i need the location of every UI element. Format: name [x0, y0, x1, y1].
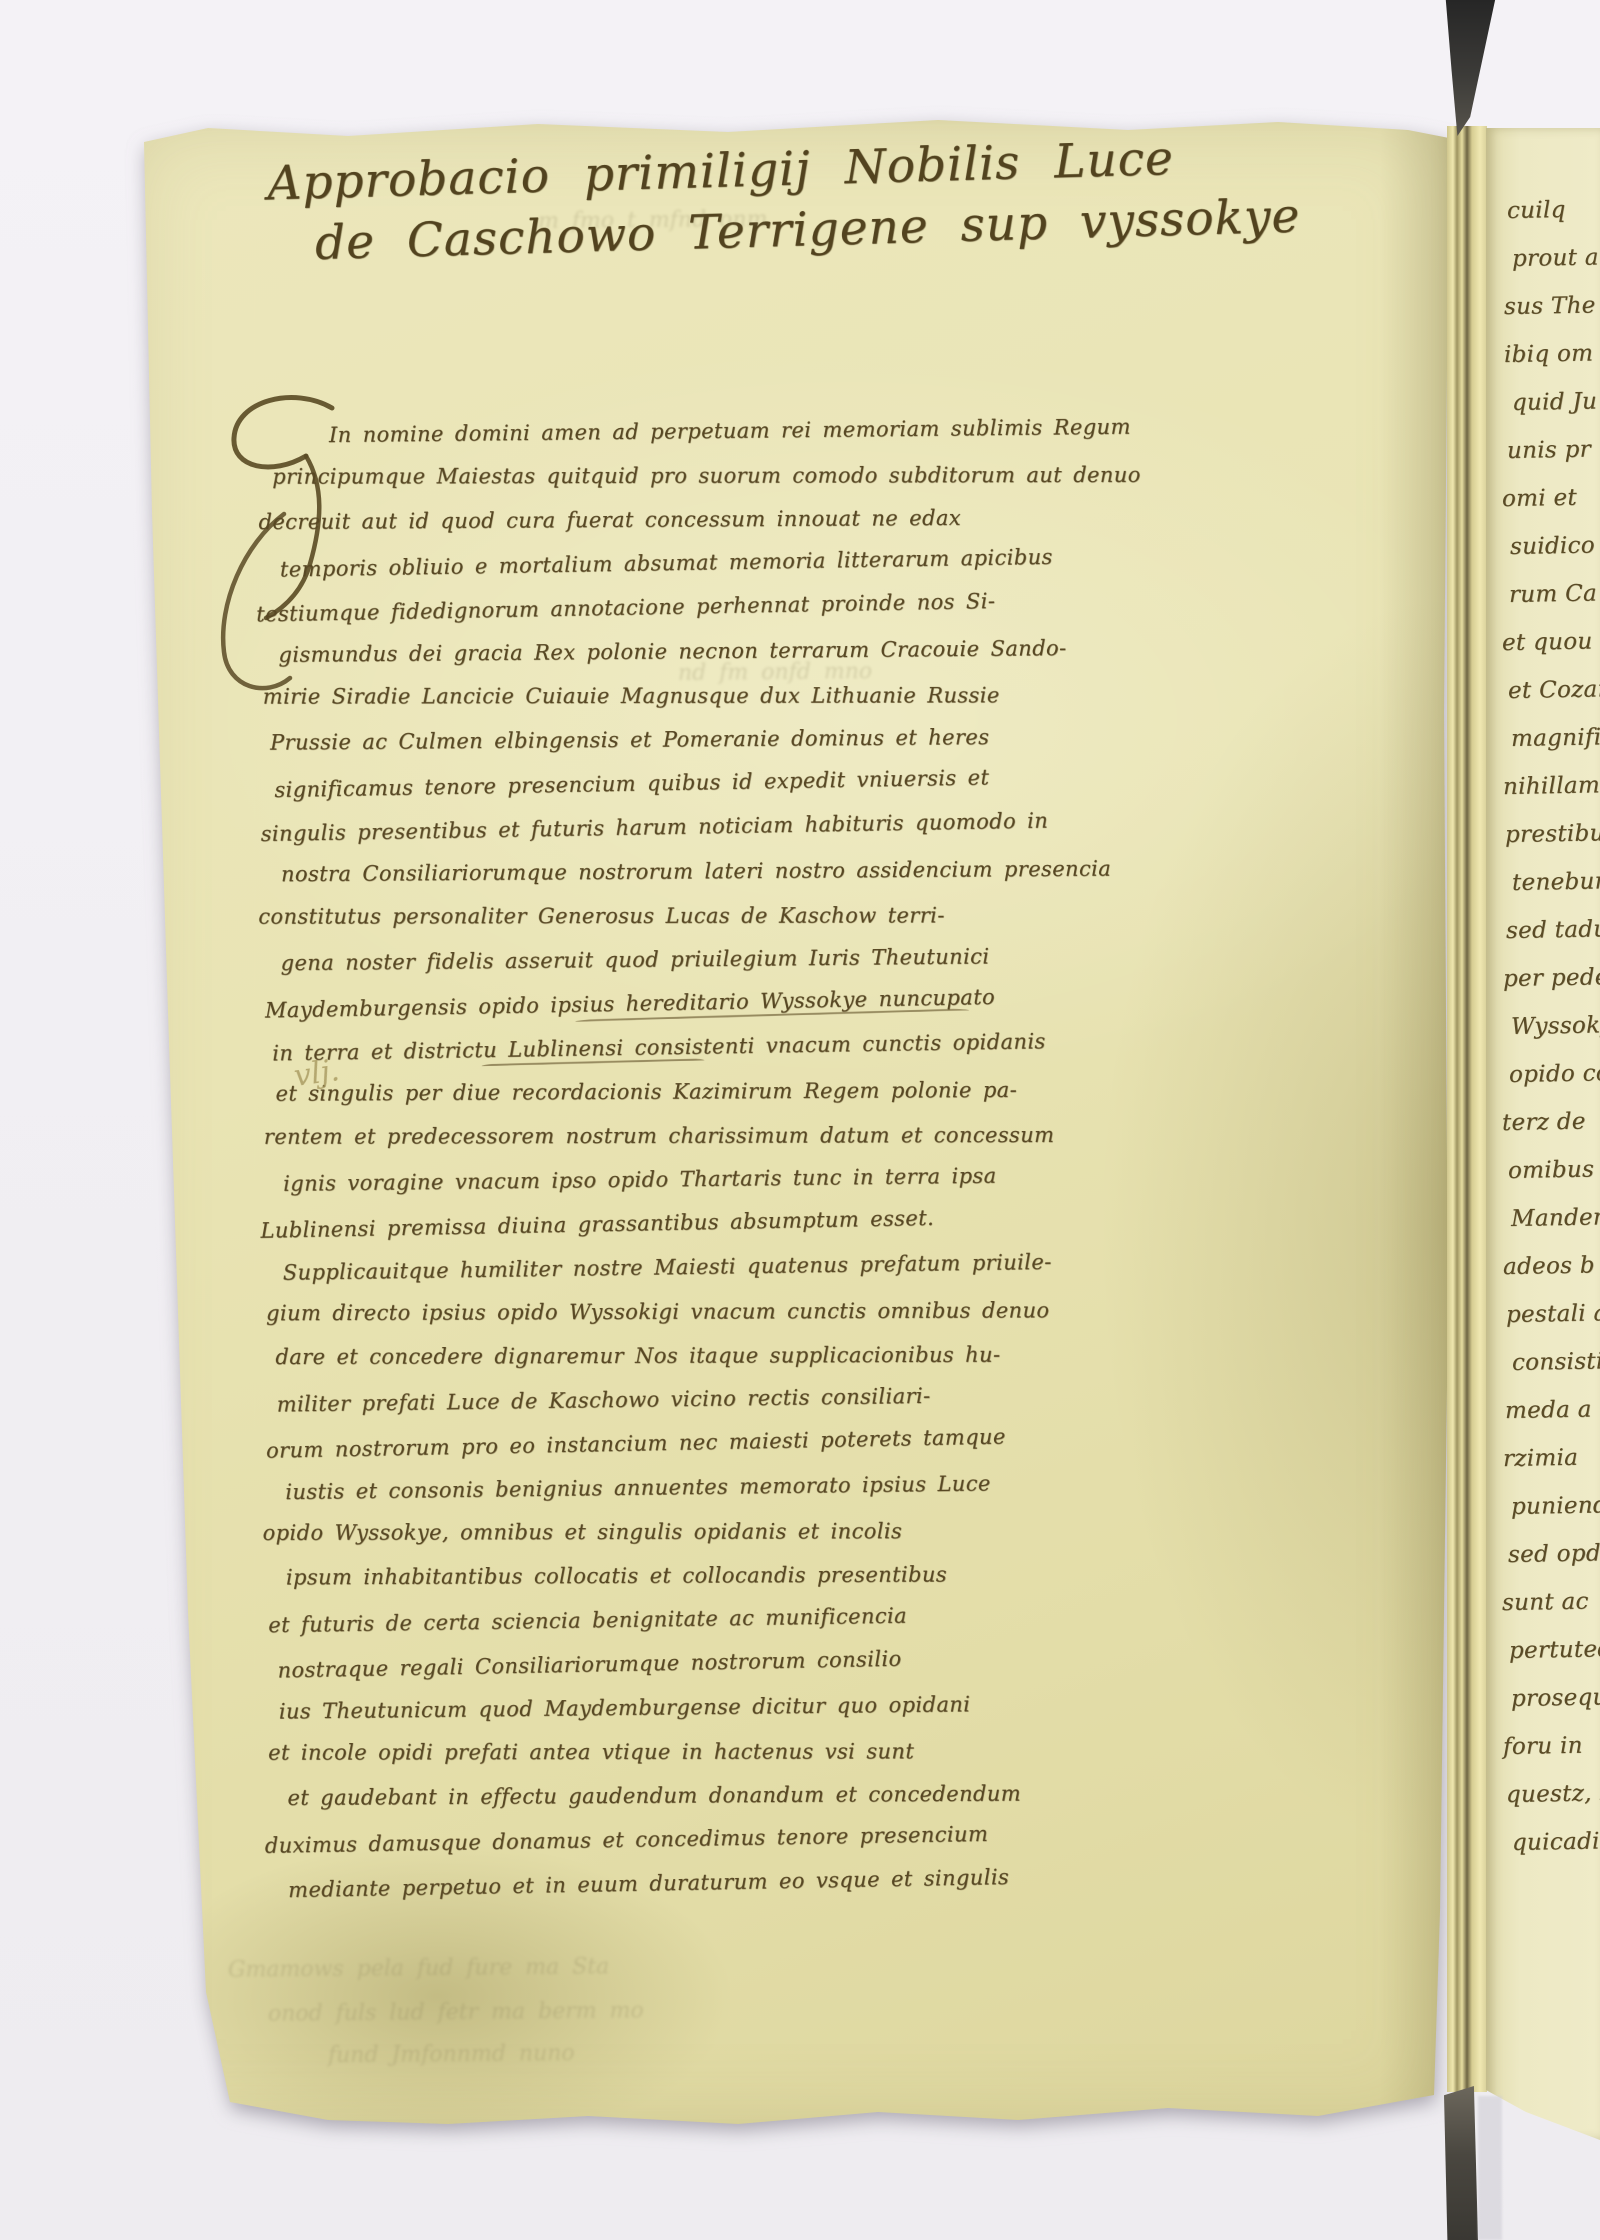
- photographed-manuscript-scene: Approbacio primiligij Nobilis Luce de Ca…: [0, 0, 1600, 2240]
- facing-text-fragment: opido co: [1509, 1049, 1600, 1099]
- facing-text-fragment: consistit: [1512, 1337, 1600, 1387]
- text-line: ipsum inhabitantibus collocatis et collo…: [286, 1552, 973, 1599]
- facing-text-fragment: pertuted: [1509, 1625, 1600, 1675]
- facing-text-fragment: quid Ju: [1512, 377, 1600, 427]
- facing-text-fragment: prestibus: [1505, 809, 1600, 859]
- underline-stroke: [481, 1055, 704, 1066]
- manuscript-page: Approbacio primiligij Nobilis Luce de Ca…: [118, 112, 1450, 2138]
- facing-text-fragment: pestali a: [1506, 1289, 1600, 1339]
- facing-text-fragment: omi et: [1502, 473, 1600, 523]
- facing-text-fragment: prosequn: [1511, 1673, 1600, 1723]
- facing-text-fragment: Manden: [1511, 1193, 1600, 1243]
- facing-text-fragment: Wyssoky: [1511, 1001, 1600, 1051]
- body-text-block: In nomine domini amen ad perpetuam rei m…: [245, 408, 975, 1909]
- showthrough-fragment: fund Jmfonnmd nuno: [328, 2041, 575, 2068]
- text-line: decreuit aut id quod cura fuerat concess…: [258, 496, 965, 544]
- facing-text-fragment: prout a: [1512, 233, 1600, 283]
- text-line: ius Theutunicum quod Maydemburgense dici…: [279, 1682, 974, 1733]
- binding-clasp-highlight: [1478, 2096, 1502, 2240]
- facing-text-fragment: sed tadus: [1506, 905, 1600, 955]
- facing-text-fragment: omibus: [1508, 1145, 1600, 1195]
- facing-text-fragment: questz, se: [1506, 1769, 1600, 1819]
- facing-text-fragment: adeos b: [1503, 1241, 1600, 1291]
- stacked-page-edges: [1447, 126, 1487, 2092]
- text-line: constitutus personaliter Generosus Lucas…: [258, 893, 968, 938]
- text-line: principumque Maiestas quitquid pro suoru…: [272, 453, 965, 498]
- facing-page-sliver: cuilqprout asus Theibiq omquid Juunis pr…: [1486, 128, 1600, 2140]
- showthrough-fragment: nd fm onfd mno: [678, 659, 872, 686]
- text-line: et singulis per diue recordacionis Kazim…: [275, 1068, 969, 1116]
- showthrough-fragment: m fmo t mfnd onm: [538, 207, 768, 234]
- facing-text-fragment: terz de: [1502, 1097, 1600, 1147]
- facing-text-fragment: rzimia: [1503, 1433, 1600, 1483]
- text-line: et gaudebant in effectu gaudendum donand…: [287, 1772, 974, 1820]
- page-heading: Approbacio primiligij Nobilis Luce de Ca…: [267, 128, 1301, 273]
- text-line: dare et concedere dignaremur Nos itaque …: [275, 1333, 971, 1379]
- facing-text-fragment: et quou: [1502, 617, 1600, 667]
- text-line: iustis et consonis benignius annuentes m…: [285, 1462, 972, 1514]
- facing-text-fragment: tenebunt: [1512, 857, 1600, 907]
- facing-text-fragment: foru in: [1503, 1721, 1600, 1771]
- text-line: In nomine domini amen ad perpetuam rei m…: [329, 406, 965, 457]
- text-line: Supplicauitque humiliter nostre Maiesti …: [282, 1241, 971, 1295]
- facing-text-fragment: quicadit: [1512, 1817, 1600, 1867]
- facing-text-fragment: ibiq om: [1504, 329, 1600, 379]
- binding-clasp-bottom: [1444, 2086, 1478, 2240]
- margin-note: vlj.: [292, 1053, 342, 1094]
- facing-text-fragment: et Cozan: [1508, 665, 1600, 715]
- facing-text-fragment: cuilq: [1507, 185, 1600, 235]
- facing-text-fragment: meda a: [1505, 1385, 1600, 1435]
- page-shadow-wrap: Approbacio primiligij Nobilis Luce de Ca…: [0, 0, 1600, 2240]
- facing-text-fragment: unis pr: [1507, 425, 1600, 475]
- facing-text-fragment: suidico: [1510, 521, 1600, 571]
- text-line: rentem et predecessorem nostrum charissi…: [264, 1113, 970, 1159]
- facing-text-fragment: per pedes: [1503, 953, 1600, 1003]
- text-line: opido Wyssokye, omnibus et singulis opid…: [263, 1509, 973, 1555]
- facing-text-fragment: sus The: [1504, 281, 1600, 331]
- showthrough-fragment: onod fuls lud fetr ma berm mo: [268, 1998, 644, 2026]
- facing-text-fragment: nihillam: [1503, 761, 1600, 811]
- text-line: gium directo ipsius opido Wyssokigi vnac…: [266, 1289, 971, 1336]
- underline-stroke: [575, 1005, 969, 1021]
- facing-text-fragment: sed opdi: [1508, 1529, 1600, 1579]
- facing-page-text: cuilqprout asus Theibiq omquid Juunis pr…: [1502, 186, 1600, 1866]
- text-line: nostra Consiliariorumque nostrorum later…: [281, 848, 968, 897]
- text-line: et incole opidi prefati antea vtique in …: [268, 1729, 974, 1774]
- facing-text-fragment: rum Ca: [1509, 569, 1600, 619]
- showthrough-fragment: Gmamows pela fud fure ma Sta: [228, 1954, 609, 1982]
- facing-text-fragment: magnifi: [1511, 713, 1600, 763]
- facing-text-fragment: puniend: [1511, 1481, 1600, 1531]
- facing-text-fragment: sunt ac: [1502, 1577, 1600, 1627]
